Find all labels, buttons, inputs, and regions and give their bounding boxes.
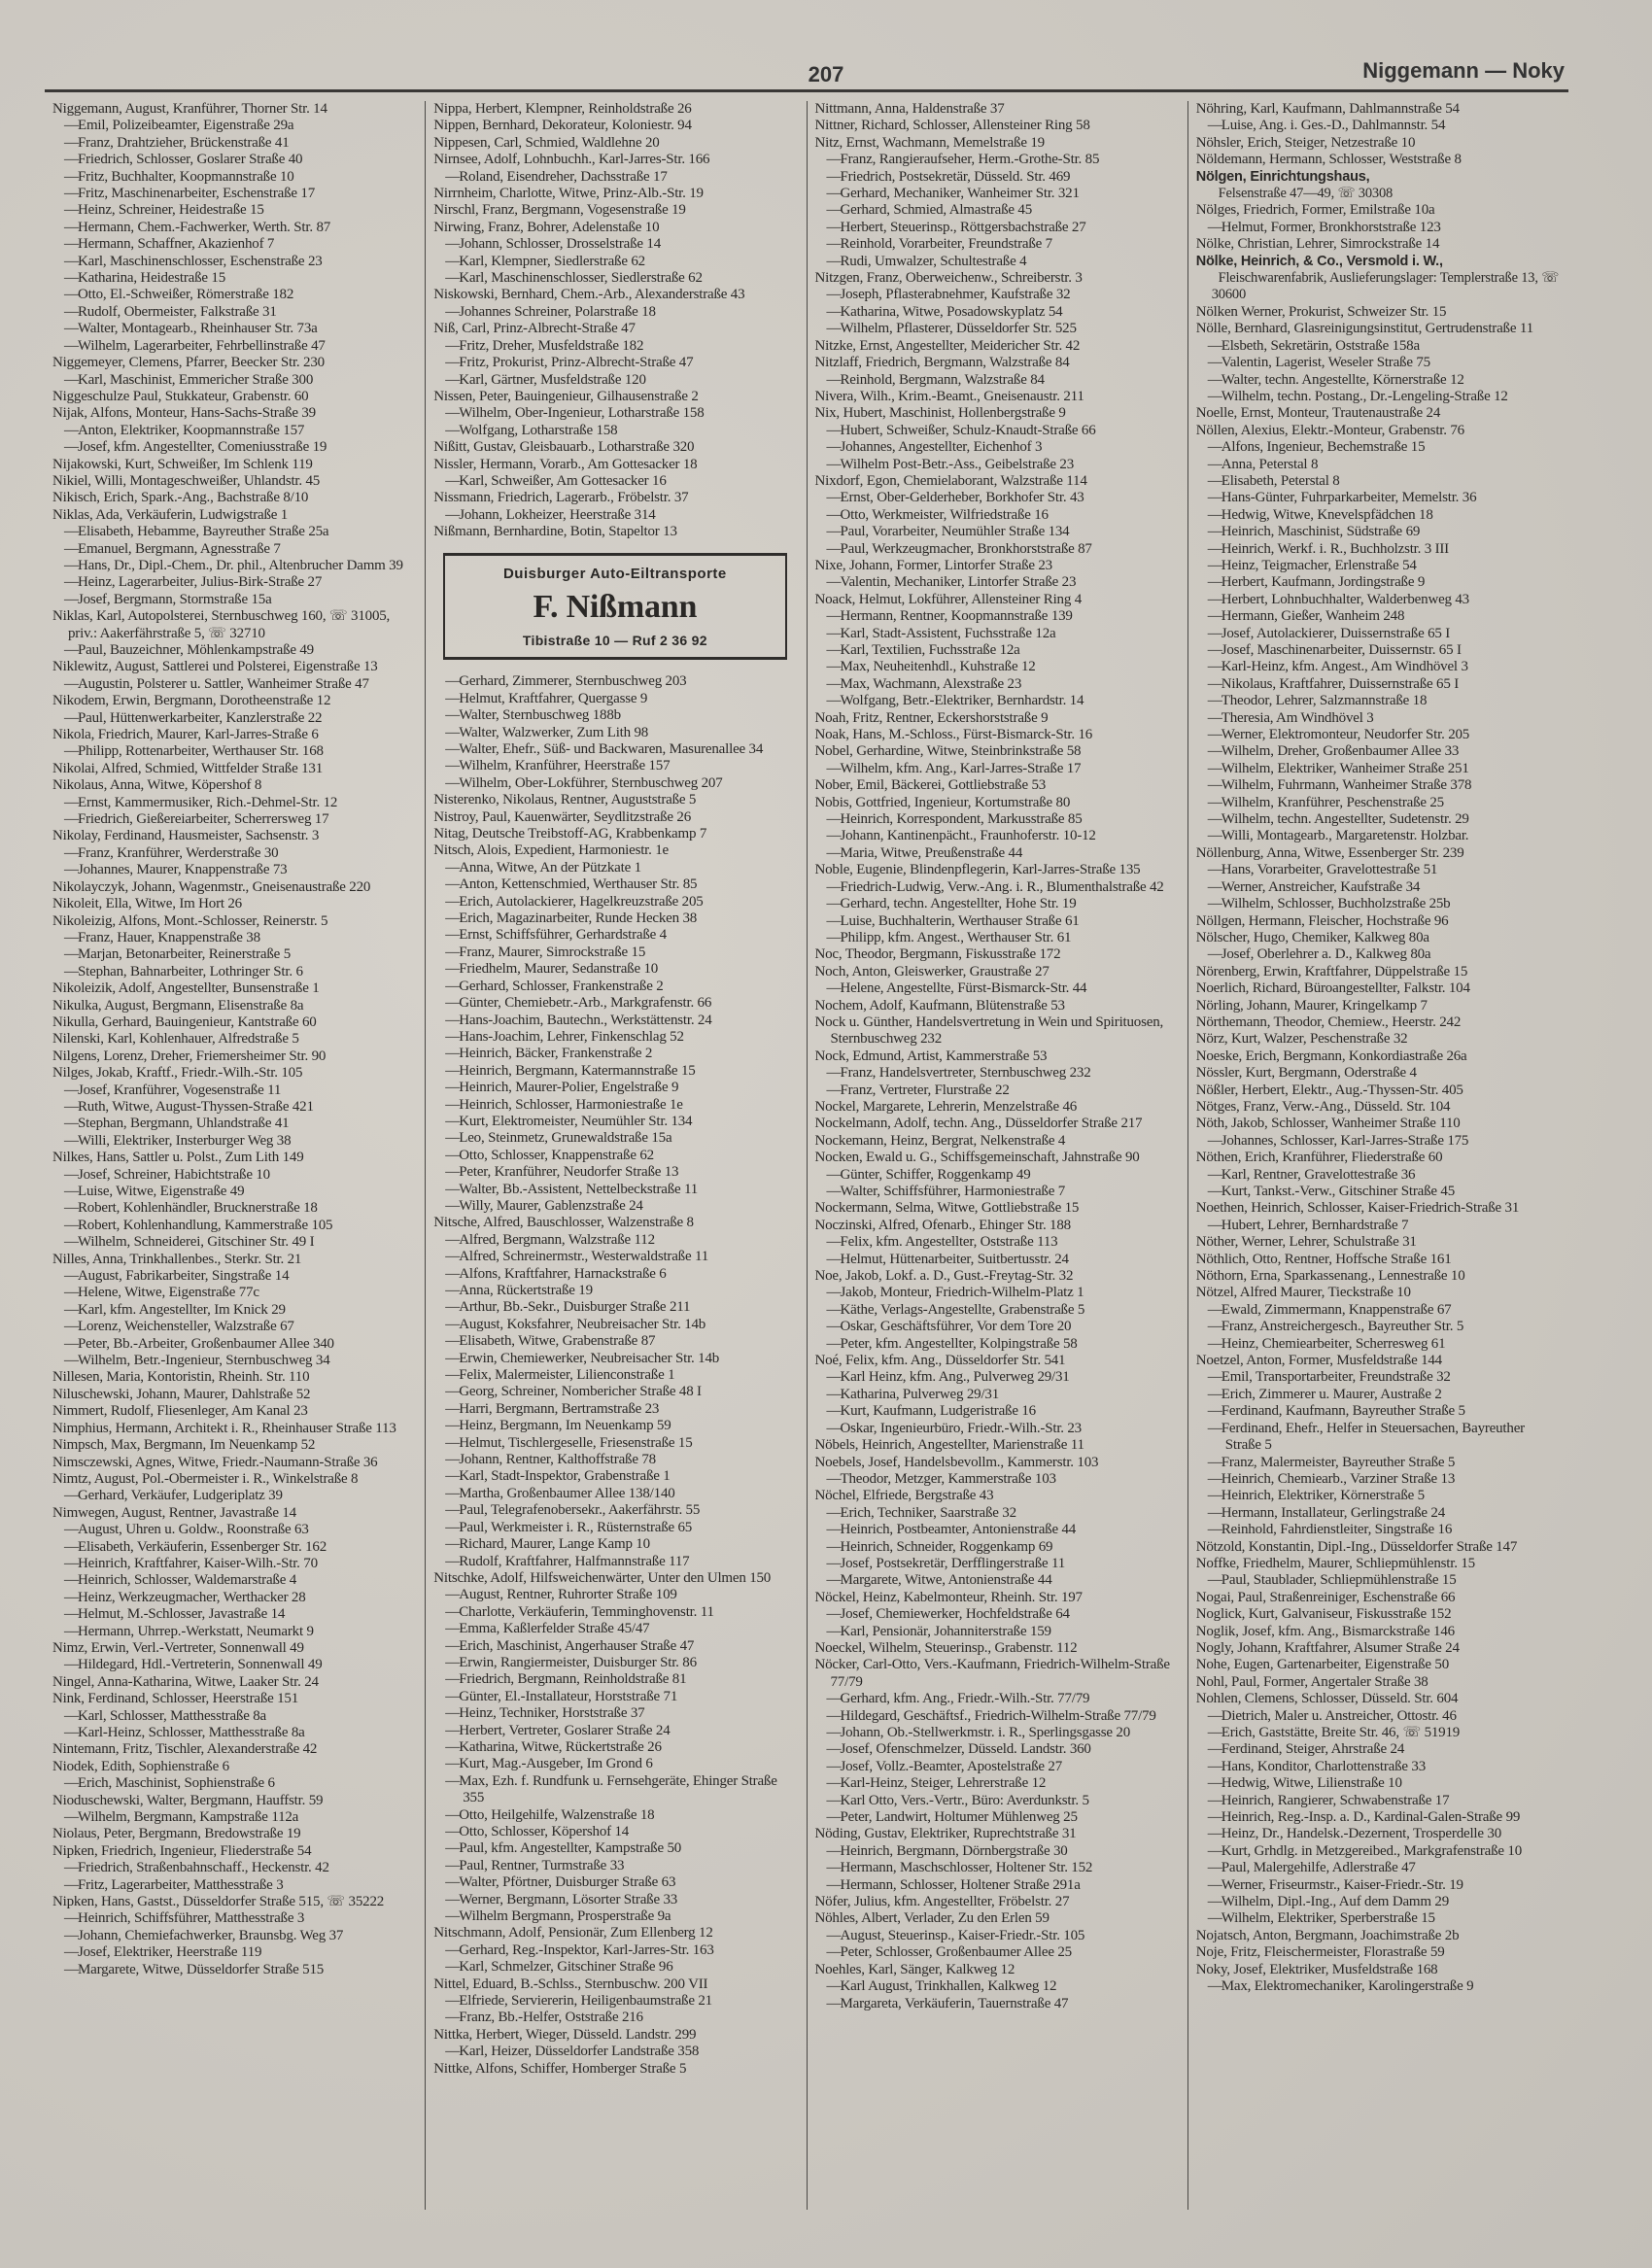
entry-text: Johann, Chemiefachwerker, Braunsbg. Weg … [78, 1928, 343, 1943]
entry-text: Nikiel, Willi, Montageschweißer, Uhlands… [52, 473, 320, 489]
ditto-dash: — [64, 541, 78, 558]
entry-text: Paul, Staublader, Schliepmühlenstraße 15 [1222, 1572, 1457, 1588]
directory-entry: Noethen, Heinrich, Schlosser, Kaiser-Fri… [1196, 1200, 1561, 1217]
directory-entry: —Johannes, Schlosser, Karl-Jarres-Straße… [1196, 1133, 1561, 1150]
directory-entry: Noerlich, Richard, Büroangestellter, Fal… [1196, 980, 1561, 997]
entry-text: Alfons, Ingenieur, Bechemstraße 15 [1222, 439, 1426, 455]
directory-entry: Niklas, Ada, Verkäuferin, Ludwigstraße 1 [52, 507, 417, 524]
ditto-dash: — [827, 186, 841, 202]
ditto-dash: — [827, 423, 841, 439]
directory-entry: —Walter, Sternbuschweg 188b [433, 707, 798, 724]
entry-text: Nöllgen, Hermann, Fleischer, Hochstraße … [1196, 913, 1449, 929]
ditto-dash: — [1208, 1471, 1222, 1488]
entry-text: Nobel, Gerhardine, Witwe, Steinbrinkstra… [815, 743, 1082, 759]
ditto-dash: — [1208, 1877, 1222, 1894]
ditto-dash: — [64, 930, 78, 946]
entry-text: Augustin, Polsterer u. Sattler, Wanheime… [78, 676, 369, 692]
ditto-dash: — [827, 896, 841, 912]
directory-entry: —Augustin, Polsterer u. Sattler, Wanheim… [52, 676, 417, 693]
ditto-dash: — [64, 710, 78, 727]
directory-entry: —Nikolaus, Kraftfahrer, Duissernstraße 6… [1196, 676, 1561, 693]
directory-entry: —Kurt, Elektromeister, Neumühler Str. 13… [433, 1114, 798, 1130]
ditto-dash: — [827, 236, 841, 253]
directory-entry: Noelle, Ernst, Monteur, Trautenaustraße … [1196, 405, 1561, 422]
ditto-dash: — [64, 287, 78, 303]
ditto-dash: — [445, 1418, 459, 1434]
entry-text: Dietrich, Maler u. Anstreicher, Ottostr.… [1222, 1708, 1457, 1724]
directory-entry: Nippen, Bernhard, Dekorateur, Koloniestr… [433, 118, 798, 134]
ditto-dash: — [64, 1606, 78, 1623]
ditto-dash: — [1208, 1759, 1222, 1775]
ditto-dash: — [827, 1843, 841, 1860]
directory-entry: —Josef, Chemiewerker, Hochfeldstraße 64 [815, 1606, 1180, 1623]
ditto-dash: — [445, 304, 459, 321]
ditto-dash: — [64, 1268, 78, 1285]
entry-text: Willi, Elektriker, Insterburger Weg 38 [78, 1133, 291, 1149]
directory-entry: —Hermann, Maschschlosser, Holtener Str. … [815, 1860, 1180, 1876]
entry-text: Heinz, Chemiearbeiter, Scherresweg 61 [1222, 1336, 1446, 1352]
directory-entry: —Katharina, Heidestraße 15 [52, 270, 417, 287]
entry-text: Nobis, Gottfried, Ingenieur, Kortumstraß… [815, 795, 1071, 810]
entry-text: Luise, Witwe, Eigenstraße 49 [78, 1184, 244, 1199]
entry-text: Margarete, Witwe, Antonienstraße 44 [841, 1572, 1052, 1588]
ditto-dash: — [64, 304, 78, 321]
ditto-dash: — [445, 1013, 459, 1029]
entry-text: Nogly, Johann, Kraftfahrer, Alsumer Stra… [1196, 1640, 1460, 1656]
ditto-dash: — [1208, 372, 1222, 389]
ditto-dash: — [64, 1488, 78, 1504]
entry-text: Heinz, Bergmann, Im Neuenkamp 59 [459, 1418, 671, 1433]
ditto-dash: — [445, 1182, 459, 1198]
entry-text: Günter, Chemiebetr.-Arb., Markgrafenstr.… [459, 995, 711, 1011]
ditto-dash: — [1208, 457, 1222, 473]
entry-text: Wilhelm, Schlosser, Buchholzstraße 25b [1222, 896, 1451, 911]
directory-entry: —Alfons, Kraftfahrer, Harnackstraße 6 [433, 1266, 798, 1283]
directory-entry: —Wilhelm, Kranführer, Heerstraße 157 [433, 758, 798, 774]
directory-entry: —Wilhelm, Betr.-Ingenieur, Sternbuschweg… [52, 1353, 417, 1369]
ditto-dash: — [1208, 879, 1222, 896]
directory-entry: Nitz, Ernst, Wachmann, Memelstraße 19 [815, 135, 1180, 152]
ditto-dash: — [445, 945, 459, 961]
ditto-dash: — [445, 405, 459, 422]
directory-entry: —Karl, Rentner, Gravelottestraße 36 [1196, 1167, 1561, 1184]
ditto-dash: — [827, 1793, 841, 1809]
ditto-dash: — [827, 1759, 841, 1775]
entry-text: Friedrich, Postsekretär, Düsseld. Str. 4… [841, 169, 1071, 185]
ditto-dash: — [445, 1689, 459, 1705]
ditto-dash: — [827, 1809, 841, 1826]
entry-text: Roland, Eisendreher, Dachsstraße 17 [459, 169, 667, 185]
entry-text: Katharina, Witwe, Rückertstraße 26 [459, 1739, 662, 1755]
directory-entry: Nojatsch, Anton, Bergmann, Joachimstraße… [1196, 1928, 1561, 1944]
ditto-dash: — [64, 321, 78, 337]
entry-text: Ewald, Zimmermann, Knappenstraße 67 [1222, 1302, 1452, 1318]
ditto-dash: — [827, 439, 841, 456]
directory-entry: —Anton, Kettenschmied, Werthauser Str. 8… [433, 876, 798, 893]
directory-entry: Nölke, Heinrich, & Co., Versmold i. W., … [1196, 254, 1561, 304]
ditto-dash: — [827, 1877, 841, 1894]
directory-entry: Niodek, Edith, Sophienstraße 6 [52, 1759, 417, 1775]
entry-text: Wilhelm, Ober-Lokführer, Sternbuschweg 2… [459, 775, 722, 791]
directory-entry: —Karl, Pensionär, Johanniterstraße 159 [815, 1624, 1180, 1640]
ditto-dash: — [445, 1266, 459, 1283]
entry-text: Wilhelm, Betr.-Ingenieur, Sternbuschweg … [78, 1353, 330, 1368]
entry-text: Helmut, Kraftfahrer, Quergasse 9 [459, 691, 647, 706]
ditto-dash: — [827, 287, 841, 303]
directory-entry: Nioduschewski, Walter, Bergmann, Hauffst… [52, 1793, 417, 1809]
ditto-dash: — [445, 1249, 459, 1265]
entry-text: Nitzlaff, Friedrich, Bergmann, Walzstraß… [815, 355, 1070, 370]
directory-entry: Nirnsee, Adolf, Lohnbuchh., Karl-Jarres-… [433, 152, 798, 168]
ditto-dash: — [827, 761, 841, 777]
entry-text: Anton, Kettenschmied, Werthauser Str. 85 [459, 876, 697, 892]
directory-entry: —Helmut, Former, Bronkhorststraße 123 [1196, 220, 1561, 236]
entry-text: Noc, Theodor, Bergmann, Fiskusstraße 172 [815, 946, 1061, 962]
ditto-dash: — [827, 490, 841, 506]
ad-tagline: Duisburger Auto-Eiltransporte [449, 566, 780, 582]
entry-text: Heinz, Werkzeugmacher, Werthacker 28 [78, 1590, 306, 1605]
ditto-dash: — [1208, 1167, 1222, 1184]
ditto-dash: — [827, 1167, 841, 1184]
entry-text: Nißmann, Bernhardine, Botin, Stapeltor 1… [433, 524, 677, 539]
directory-entry: —Gerhard, Mechaniker, Wanheimer Str. 321 [815, 186, 1180, 202]
directory-entry: Nittel, Eduard, B.-Schlss., Sternbuschw.… [433, 1976, 798, 1993]
entry-text: Heinrich, Reg.-Insp. a. D., Kardinal-Gal… [1222, 1809, 1520, 1825]
entry-text: Reinhold, Bergmann, Walzstraße 84 [841, 372, 1045, 388]
directory-entry: —Hans, Konditor, Charlottenstraße 33 [1196, 1759, 1561, 1775]
directory-entry: —Erwin, Chemiewerker, Neubreisacher Str.… [433, 1351, 798, 1367]
directory-entry: —Franz, Bb.-Helfer, Oststraße 216 [433, 2010, 798, 2026]
ditto-dash: — [827, 1606, 841, 1623]
directory-entry: —Walter, Schiffsführer, Harmoniestraße 7 [815, 1184, 1180, 1200]
entry-text: Walter, Pförtner, Duisburger Straße 63 [459, 1874, 675, 1890]
directory-entry: —Emil, Polizeibeamter, Eigenstraße 29a [52, 118, 417, 134]
directory-entry: —August, Koksfahrer, Neubreisacher Str. … [433, 1317, 798, 1333]
ditto-dash: — [827, 626, 841, 642]
ditto-dash: — [827, 1471, 841, 1488]
entry-text: Heinz, Schreiner, Heidestraße 15 [78, 202, 264, 218]
directory-entry: —Hermann, Gießer, Wanheim 248 [1196, 608, 1561, 625]
ditto-dash: — [827, 1336, 841, 1353]
directory-entry: —Robert, Kohlenhandlung, Kammerstraße 10… [52, 1218, 417, 1234]
ditto-dash: — [445, 1671, 459, 1688]
entry-text: Anna, Rückertstraße 19 [459, 1283, 593, 1298]
entry-text: Noble, Eugenie, Blindenpflegerin, Karl-J… [815, 862, 1141, 877]
directory-entry: —Walter, Montagearb., Rheinhauser Str. 7… [52, 321, 417, 337]
directory-entry: —Reinhold, Bergmann, Walzstraße 84 [815, 372, 1180, 389]
directory-entry: Nippa, Herbert, Klempner, Reinholdstraße… [433, 101, 798, 118]
directory-entry: Nijak, Alfons, Monteur, Hans-Sachs-Straß… [52, 405, 417, 422]
ditto-dash: — [827, 1302, 841, 1319]
directory-entry: —Stephan, Bergmann, Uhlandstraße 41 [52, 1116, 417, 1132]
directory-entry: —Karl, kfm. Angestellter, Im Knick 29 [52, 1302, 417, 1319]
entry-text: Nörenberg, Erwin, Kraftfahrer, Düppelstr… [1196, 964, 1467, 979]
entry-text: Wilhelm, Ober-Ingenieur, Lotharstraße 15… [459, 405, 704, 421]
directory-entry: —Günter, Schiffer, Roggenkamp 49 [815, 1167, 1180, 1184]
directory-entry: Nirschl, Franz, Bergmann, Vogesenstraße … [433, 202, 798, 219]
entry-text: Maria, Witwe, Preußenstraße 44 [841, 845, 1023, 861]
entry-text: Wilhelm, Dipl.-Ing., Auf dem Damm 29 [1222, 1894, 1449, 1909]
entry-text: Karl, Textilien, Fuchsstraße 12a [841, 642, 1020, 658]
directory-entry: Nipken, Hans, Gastst., Düsseldorfer Stra… [52, 1894, 417, 1910]
entry-text: Reinhold, Fahrdienstleiter, Singstraße 1… [1222, 1522, 1452, 1537]
directory-entry: —Gerhard, kfm. Ang., Friedr.-Wilh.-Str. … [815, 1691, 1180, 1707]
directory-entry: —Philipp, kfm. Angest., Werthauser Str. … [815, 930, 1180, 946]
directory-entry: —Josef, Autolackierer, Duissernstraße 65… [1196, 626, 1561, 642]
entry-text: Nitag, Deutsche Treibstoff-AG, Krabbenka… [433, 826, 706, 842]
directory-entry: Nitsch, Alois, Expedient, Harmoniestr. 1… [433, 842, 798, 859]
entry-text: Heinrich, Schlosser, Harmoniestraße 1e [459, 1097, 682, 1113]
ditto-dash: — [64, 220, 78, 236]
entry-text: Nörthemann, Theodor, Chemiew., Heerstr. … [1196, 1014, 1461, 1030]
entry-text: Nilkes, Hans, Sattler u. Polst., Zum Lit… [52, 1150, 304, 1165]
directory-entry: —Wilhelm, Bergmann, Kampstraße 112a [52, 1809, 417, 1826]
directory-entry: Nilgens, Lorenz, Dreher, Friemersheimer … [52, 1048, 417, 1065]
ditto-dash: — [445, 1520, 459, 1536]
entry-text: Nötzel, Alfred Maurer, Tieckstraße 10 [1196, 1285, 1411, 1300]
running-head: Niggemann — Noky [1362, 58, 1565, 84]
directory-entry: —Karl Heinz, kfm. Ang., Pulverweg 29/31 [815, 1369, 1180, 1386]
ditto-dash: — [1208, 1133, 1222, 1150]
ditto-dash: — [445, 1723, 459, 1739]
entry-text: Nirwing, Franz, Bohrer, Adelenstaße 10 [433, 220, 659, 235]
directory-entry: —Johann, Rentner, Kalthoffstraße 78 [433, 1452, 798, 1468]
ditto-dash: — [827, 1572, 841, 1589]
directory-entry: —Karl, Schmelzer, Gitschiner Straße 96 [433, 1959, 798, 1976]
entry-text: Heinrich, Bergmann, Dörnbergstraße 30 [841, 1843, 1068, 1859]
entry-text: Ferdinand, Steiger, Ahrstraße 24 [1222, 1741, 1404, 1757]
ditto-dash: — [64, 254, 78, 270]
directory-entry: —Elisabeth, Verkäuferin, Essenberger Str… [52, 1539, 417, 1556]
ditto-dash: — [1208, 761, 1222, 777]
entry-text: Heinrich, Maurer-Polier, Engelstraße 9 [459, 1080, 678, 1095]
ditto-dash: — [1208, 626, 1222, 642]
ditto-dash: — [827, 913, 841, 930]
entry-text: Nirrnheim, Charlotte, Witwe, Prinz-Alb.-… [433, 186, 704, 201]
ditto-dash: — [1208, 118, 1222, 134]
ditto-dash: — [64, 202, 78, 219]
entry-text: Nipken, Friedrich, Ingenieur, Fliederstr… [52, 1843, 311, 1859]
entry-text: Noehles, Karl, Sänger, Kalkweg 12 [815, 1962, 1015, 1977]
directory-entry: —Fritz, Maschinenarbeiter, Eschenstraße … [52, 186, 417, 202]
directory-entry: —Karl, Maschinist, Emmericher Straße 300 [52, 372, 417, 389]
entry-text: Johann, Lokheizer, Heerstraße 314 [459, 507, 655, 523]
entry-text: Johannes, Maurer, Knappenstraße 73 [78, 862, 287, 877]
directory-entry: —Otto, Schlosser, Knappenstraße 62 [433, 1148, 798, 1164]
ditto-dash: — [445, 1587, 459, 1603]
directory-entry: —Harri, Bergmann, Bertramstraße 23 [433, 1401, 798, 1418]
directory-entry: Noble, Eugenie, Blindenpflegerin, Karl-J… [815, 862, 1180, 878]
ditto-dash: — [827, 1928, 841, 1944]
entry-text: Niggeschulze Paul, Stukkateur, Grabenstr… [52, 389, 308, 404]
ditto-dash: — [64, 1657, 78, 1673]
directory-entry: —Felix, kfm. Angestellter, Oststraße 113 [815, 1234, 1180, 1251]
ditto-dash: — [445, 1452, 459, 1468]
page-number: 207 [777, 62, 875, 87]
directory-entry: —Heinrich, Kraftfahrer, Kaiser-Wilh.-Str… [52, 1556, 417, 1572]
directory-entry: —Georg, Schreiner, Nombericher Straße 48… [433, 1384, 798, 1400]
entry-text: Friedrich, Straßenbahnschaff., Heckenstr… [78, 1860, 329, 1875]
entry-text: Ferdinand, Ehefr., Helfer in Steuersache… [1222, 1421, 1525, 1453]
entry-text: Nöfer, Julius, kfm. Angestellter, Fröbel… [815, 1894, 1070, 1909]
entry-text: Nix, Hubert, Maschinist, Hollenbergstraß… [815, 405, 1066, 421]
directory-entry: Nochem, Adolf, Kaufmann, Blütenstraße 53 [815, 998, 1180, 1014]
entry-text: Nitsche, Alfred, Bauschlosser, Walzenstr… [433, 1215, 694, 1230]
directory-entry: Nirwing, Franz, Bohrer, Adelenstaße 10 [433, 220, 798, 236]
directory-entry: —Heinrich, Maurer-Polier, Engelstraße 9 [433, 1080, 798, 1096]
entry-text: Paul, Rentner, Turmstraße 33 [459, 1858, 624, 1873]
directory-entry: —Wilhelm, Ober-Ingenieur, Lotharstraße 1… [433, 405, 798, 422]
directory-entry: Nimz, Erwin, Verl.-Vertreter, Sonnenwall… [52, 1640, 417, 1657]
ditto-dash: — [1208, 1488, 1222, 1504]
entry-text: Paul, Telegrafenobersekr., Aakerfährstr.… [459, 1502, 700, 1518]
directory-entry: —Stephan, Bahnarbeiter, Lothringer Str. … [52, 964, 417, 980]
entry-text: Rudolf, Obermeister, Falkstraße 31 [78, 304, 277, 320]
entry-text: Nittke, Alfons, Schiffer, Homberger Stra… [433, 2061, 686, 2077]
directory-entry: —August, Uhren u. Goldw., Roonstraße 63 [52, 1522, 417, 1538]
directory-entry: Nöcker, Carl-Otto, Vers.-Kaufmann, Fried… [815, 1657, 1180, 1691]
entry-text: Erich, Zimmerer u. Maurer, Austraße 2 [1222, 1387, 1442, 1402]
entry-text: Nößler, Herbert, Elektr., Aug.-Thyssen-S… [1196, 1082, 1463, 1098]
entry-text: Alfons, Kraftfahrer, Harnackstraße 6 [459, 1266, 666, 1282]
directory-entry: —Heinrich, Bergmann, Dörnbergstraße 30 [815, 1843, 1180, 1860]
entry-text: Heinrich, Elektriker, Körnerstraße 5 [1222, 1488, 1425, 1503]
directory-entry: —Karl, Maschinenschlosser, Siedlerstraße… [433, 270, 798, 287]
directory-entry: —Willi, Elektriker, Insterburger Weg 38 [52, 1133, 417, 1150]
directory-entry: —Wilhelm, techn. Postang., Dr.-Lengeling… [1196, 389, 1561, 405]
directory-entry: —Heinrich, Korrespondent, Markusstraße 8… [815, 811, 1180, 828]
ditto-dash: — [1208, 1708, 1222, 1725]
directory-entry: Nittner, Richard, Schlosser, Allensteine… [815, 118, 1180, 134]
directory-entry: Noczinski, Alfred, Ofenarb., Ehinger Str… [815, 1218, 1180, 1234]
entry-text: Heinz, Dr., Handelsk.-Dezernent, Trosper… [1222, 1826, 1501, 1841]
entry-text: Paul, Hüttenwerkarbeiter, Kanzlerstraße … [78, 710, 322, 726]
ditto-dash: — [64, 642, 78, 659]
ditto-dash: — [1208, 473, 1222, 490]
ditto-dash: — [445, 1080, 459, 1096]
directory-entry: Nißitt, Gustav, Gleisbauarb., Lotharstra… [433, 439, 798, 456]
directory-entry: —Martha, Großenbaumer Allee 138/140 [433, 1486, 798, 1502]
directory-entry: —Herbert, Lohnbuchhalter, Walderbenweg 4… [1196, 592, 1561, 608]
entry-text: Josef, kfm. Angestellter, Comeniusstraße… [78, 439, 327, 455]
entry-text: Karl, Maschinist, Emmericher Straße 300 [78, 372, 313, 388]
entry-text: Franz, Rangieraufseher, Herm.-Grothe-Str… [841, 152, 1100, 167]
directory-entry: Nistroy, Paul, Kauenwärter, Seydlitzstra… [433, 809, 798, 826]
entry-text: Johann, Rentner, Kalthoffstraße 78 [459, 1452, 656, 1467]
entry-text: Nikoleizik, Adolf, Angestellter, Bunsens… [52, 980, 320, 996]
entry-text: Nöhsler, Erich, Steiger, Netzestraße 10 [1196, 135, 1416, 151]
ditto-dash: — [64, 1928, 78, 1944]
ditto-dash: — [64, 1353, 78, 1369]
directory-entry: —Franz, Hauer, Knappenstraße 38 [52, 930, 417, 946]
directory-entry: Noglik, Josef, kfm. Ang., Bismarckstraße… [1196, 1624, 1561, 1640]
entry-text: Gerhard, techn. Angestellter, Hohe Str. … [841, 896, 1077, 911]
ditto-dash: — [1208, 1826, 1222, 1842]
ditto-dash: — [1208, 1741, 1222, 1758]
entry-text: Günter, Schiffer, Roggenkamp 49 [841, 1167, 1031, 1183]
entry-text: Nörz, Kurt, Walzer, Peschenstraße 32 [1196, 1031, 1408, 1047]
entry-text: Hermann, Chem.-Fachwerker, Werth. Str. 8… [78, 220, 330, 235]
ditto-dash: — [445, 1148, 459, 1164]
directory-entry: Noch, Anton, Gleiswerker, Graustraße 27 [815, 964, 1180, 980]
directory-entry: —Josef, Kranführer, Vogesenstraße 11 [52, 1082, 417, 1099]
directory-entry: —Joseph, Pflasterabnehmer, Kaufstraße 32 [815, 287, 1180, 303]
ditto-dash: — [445, 1638, 459, 1655]
directory-entry: —Heinrich, Chemiearb., Varziner Straße 1… [1196, 1471, 1561, 1488]
ditto-dash: — [445, 995, 459, 1012]
entry-text: Wilhelm, Pflasterer, Düsseldorfer Str. 5… [841, 321, 1077, 336]
entry-text: Nisterenko, Nikolaus, Rentner, Auguststr… [433, 792, 696, 808]
directory-entry: —Helmut, M.-Schlosser, Javastraße 14 [52, 1606, 417, 1623]
ditto-dash: — [827, 1387, 841, 1403]
entry-text: Noeckel, Wilhelm, Steuerinsp., Grabenstr… [815, 1640, 1078, 1656]
directory-entry: —Fritz, Lagerarbeiter, Matthesstraße 3 [52, 1877, 417, 1894]
entry-text: Oskar, Ingenieurbüro, Friedr.-Wilh.-Str.… [841, 1421, 1082, 1436]
directory-entry: —August, Fabrikarbeiter, Singstraße 14 [52, 1268, 417, 1285]
directory-entry: Nikoleizik, Adolf, Angestellter, Bunsens… [52, 980, 417, 997]
directory-entry: Nimphius, Hermann, Architekt i. R., Rhei… [52, 1421, 417, 1437]
directory-entry: —Friedrich, Postsekretär, Düsseld. Str. … [815, 169, 1180, 186]
ad-address-phone: Tibistraße 10 — Ruf 2 36 92 [449, 633, 780, 649]
ditto-dash: — [827, 1691, 841, 1707]
entry-text: Hans, Konditor, Charlottenstraße 33 [1222, 1759, 1426, 1774]
ditto-dash: — [827, 1741, 841, 1758]
directory-entry: Nockel, Margarete, Lehrerin, Menzelstraß… [815, 1099, 1180, 1116]
entry-text: Hans-Joachim, Lehrer, Finkenschlag 52 [459, 1029, 684, 1045]
directory-entry: —Josef, Bergmann, Stormstraße 15a [52, 592, 417, 608]
entry-text: Wilhelm Bergmann, Prosperstraße 9a [459, 1908, 671, 1924]
directory-entry: Nöckel, Heinz, Kabelmonteur, Rheinh. Str… [815, 1590, 1180, 1606]
directory-entry: Nörthemann, Theodor, Chemiew., Heerstr. … [1196, 1014, 1561, 1031]
entry-text: Karl, Pensionär, Johanniterstraße 159 [841, 1624, 1051, 1639]
directory-entry: —Wilhelm, techn. Angestellter, Sudetenst… [1196, 811, 1561, 828]
entry-text: Franz, Anstreichergesch., Bayreuther Str… [1222, 1319, 1463, 1334]
entry-text: Noe, Jakob, Lokf. a. D., Gust.-Freytag-S… [815, 1268, 1074, 1284]
ditto-dash: — [64, 862, 78, 878]
entry-text: Nikisch, Erich, Spark.-Ang., Bachstraße … [52, 490, 308, 505]
directory-entry: —Margareta, Verkäuferin, Tauernstraße 47 [815, 1996, 1180, 2012]
entry-text: Nivera, Wilh., Krim.-Beamt., Gneisenaust… [815, 389, 1084, 404]
entry-text: Nock, Edmund, Artist, Kammerstraße 53 [815, 1048, 1048, 1064]
entry-text: Helmut, Tischlergeselle, Friesenstraße 1… [459, 1435, 692, 1451]
ditto-dash: — [64, 574, 78, 591]
entry-text: Willy, Maurer, Gablenzstraße 24 [459, 1198, 642, 1214]
directory-entry: Nockermann, Selma, Witwe, Gottliebstraße… [815, 1200, 1180, 1217]
entry-text: Helene, Witwe, Eigenstraße 77c [78, 1285, 259, 1300]
ditto-dash: — [64, 845, 78, 862]
ditto-dash: — [827, 1082, 841, 1099]
ditto-dash: — [1208, 693, 1222, 709]
directory-entry: —Heinrich, Maschinist, Südstraße 69 [1196, 524, 1561, 540]
directory-entry: —August, Rentner, Ruhrorter Straße 109 [433, 1587, 798, 1603]
entry-text: Hedwig, Witwe, Knevelspfädchen 18 [1222, 507, 1433, 523]
entry-text: Paul, Werkmeister i. R., Rüsternstraße 6… [459, 1520, 692, 1535]
directory-entry: Noglick, Kurt, Galvaniseur, Fiskusstraße… [1196, 1606, 1561, 1623]
ditto-dash: — [1208, 1522, 1222, 1538]
directory-entry: —Friedrich-Ludwig, Verw.-Ang. i. R., Blu… [815, 879, 1180, 896]
ditto-dash: — [64, 1082, 78, 1099]
directory-entry: —Werner, Anstreicher, Kaufstraße 34 [1196, 879, 1561, 896]
directory-entry: Nixe, Johann, Former, Lintorfer Straße 2… [815, 558, 1180, 574]
entry-text: Leo, Steinmetz, Grunewaldstraße 15a [459, 1130, 671, 1146]
directory-entry: —Heinrich, Schneider, Roggenkamp 69 [815, 1539, 1180, 1556]
ditto-dash: — [827, 1775, 841, 1792]
entry-text: Karl, kfm. Angestellter, Im Knick 29 [78, 1302, 286, 1318]
ditto-dash: — [64, 338, 78, 355]
entry-text: Helmut, M.-Schlosser, Javastraße 14 [78, 1606, 285, 1622]
ditto-dash: — [445, 1401, 459, 1418]
directory-entry: Nöbels, Heinrich, Angestellter, Marienst… [815, 1437, 1180, 1454]
